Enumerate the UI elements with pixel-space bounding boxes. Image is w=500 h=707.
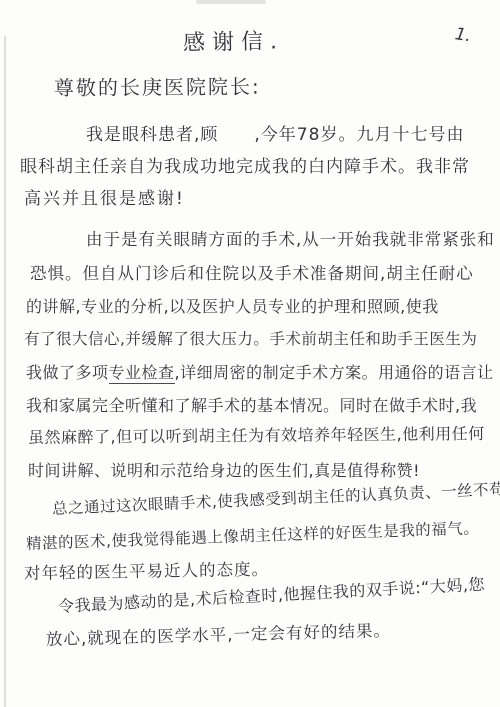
- scanned-letter-page: { "colors": { "ink": "#35353b", "paper":…: [0, 0, 500, 707]
- letter-sheet: 感谢信. 1. 尊敬的长庚医院院长: 我是眼科患者,顾 ,今年78岁。九月十七号…: [0, 0, 500, 707]
- letter-salutation: 尊敬的长庚医院院长:: [54, 71, 261, 101]
- letter-line-segment: ,详细周密的制定手术方案。用通俗的语言让: [175, 363, 494, 382]
- letter-line: 对年轻的医生平易近人的态度。: [24, 556, 269, 584]
- page-number: 1.: [453, 24, 472, 46]
- letter-line: 恐惧。但自从门诊后和住院以及手术准备期间,胡主任耐心: [30, 260, 474, 284]
- letter-line-segment: 我做了多项: [26, 363, 109, 382]
- letter-line: 高兴并且很是感谢!: [24, 184, 185, 209]
- underlined-phrase: 专业检查: [109, 363, 175, 384]
- letter-line: 我是眼科患者,顾 ,今年78岁。九月十七号由: [86, 120, 464, 145]
- scan-edge-artifact: [4, 36, 6, 707]
- letter-line: 放心,就现在的医学水平,一定会有好的结果。: [46, 617, 392, 650]
- letter-line: 精湛的医术,使我觉得能遇上像胡主任这样的好医生是我的福气。: [26, 516, 480, 554]
- letter-line: 由于是有关眼睛方面的手术,从一开始我就非常紧张和: [86, 226, 495, 250]
- letter-line: 总之通过这次眼睛手术,使我感受到胡主任的认真负责、一丝不苟。: [52, 477, 500, 519]
- letter-line: 眼科胡主任亲自为我成功地完成我的白内障手术。我非常: [20, 152, 470, 177]
- letter-line-with-underline: 我做了多项专业检查,详细周密的制定手术方案。用通俗的语言让: [26, 360, 494, 383]
- letter-line: 时间讲解、说明和示范给身边的医生们,真是值得称赞!: [28, 458, 420, 481]
- scan-smudge-artifact: [196, 0, 266, 4]
- letter-line: 虽然麻醉了,但可以听到胡主任为有效培养年轻医生,他利用任何: [28, 421, 485, 448]
- letter-line: 我和家属完全听懂和了解手术的基本情况。同时在做手术时,我: [26, 393, 477, 416]
- letter-line: 的讲解,专业的分析,以及医护人员专业的护理和照顾,使我: [26, 294, 439, 317]
- letter-title: 感谢信.: [183, 24, 285, 57]
- letter-line: 有了很大信心,并缓解了很大压力。手术前胡主任和助手王医生为: [24, 327, 477, 349]
